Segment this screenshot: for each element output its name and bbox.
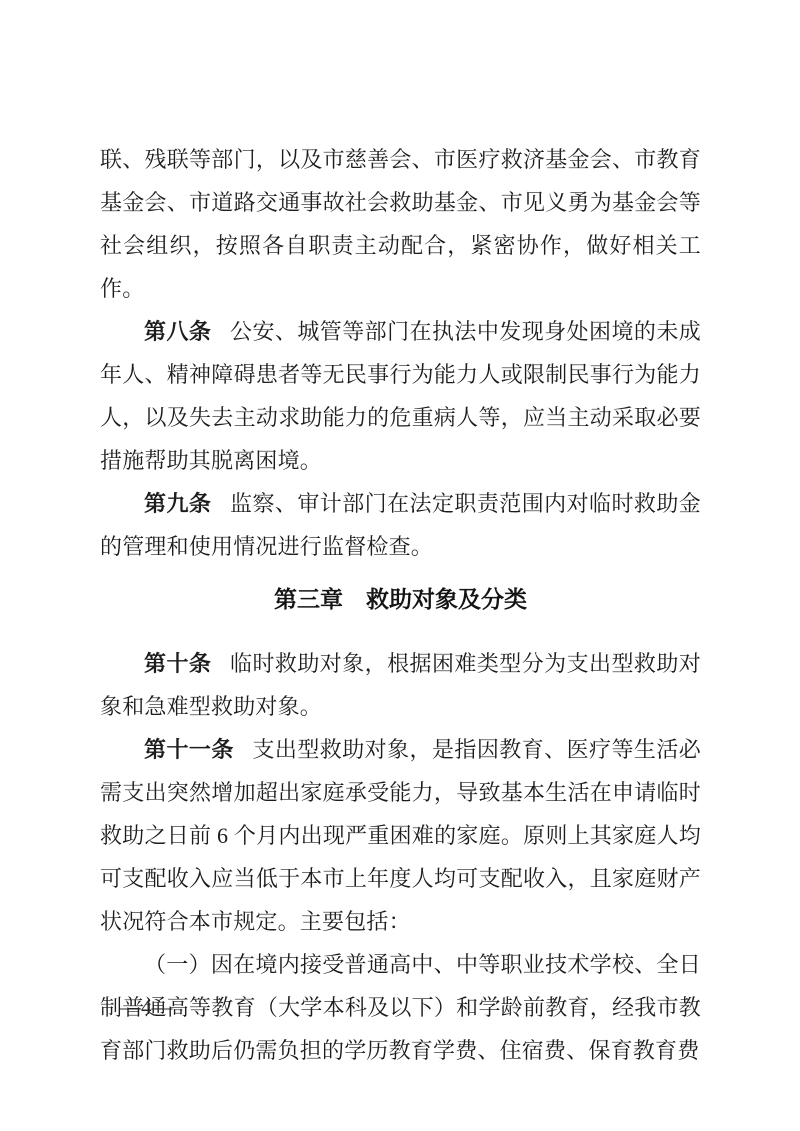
chapter-heading: 第三章 救助对象及分类: [100, 578, 701, 621]
article-number: 第九条: [144, 491, 211, 516]
paragraph-text: 支出型救助对象，是指因教育、医疗等生活必需支出突然增加超出家庭承受能力，导致基本…: [100, 737, 701, 934]
article-number: 第八条: [144, 319, 211, 344]
paragraph-text: 联、残联等部门，以及市慈善会、市医疗救济基金会、市教育基金会、市道路交通事故社会…: [100, 147, 701, 301]
document-page: 联、残联等部门，以及市慈善会、市医疗救济基金会、市教育基金会、市道路交通事故社会…: [0, 0, 800, 1131]
paragraph: 第八条公安、城管等部门在执法中发现身处困境的未成年人、精神障碍患者等无民事行为能…: [100, 310, 701, 482]
paragraph: 第十一条支出型救助对象，是指因教育、医疗等生活必需支出突然增加超出家庭承受能力，…: [100, 728, 701, 943]
paragraph: 第九条监察、审计部门在法定职责范围内对临时救助金的管理和使用情况进行监督检查。: [100, 482, 701, 568]
footer-page-number: —4—: [120, 995, 173, 1019]
paragraph: （一）因在境内接受普通高中、中等职业技术学校、全日制普通高等教育（大学本科及以下…: [100, 943, 701, 1072]
article-number: 第十一条: [144, 737, 234, 762]
document-body: 联、残联等部门，以及市慈善会、市医疗救济基金会、市教育基金会、市道路交通事故社会…: [100, 138, 701, 1072]
paragraph: 联、残联等部门，以及市慈善会、市医疗救济基金会、市教育基金会、市道路交通事故社会…: [100, 138, 701, 310]
paragraph-text: （一）因在境内接受普通高中、中等职业技术学校、全日制普通高等教育（大学本科及以下…: [100, 952, 701, 1063]
paragraph: 第十条临时救助对象，根据困难类型分为支出型救助对象和急难型救助对象。: [100, 642, 701, 728]
article-number: 第十条: [144, 651, 211, 676]
